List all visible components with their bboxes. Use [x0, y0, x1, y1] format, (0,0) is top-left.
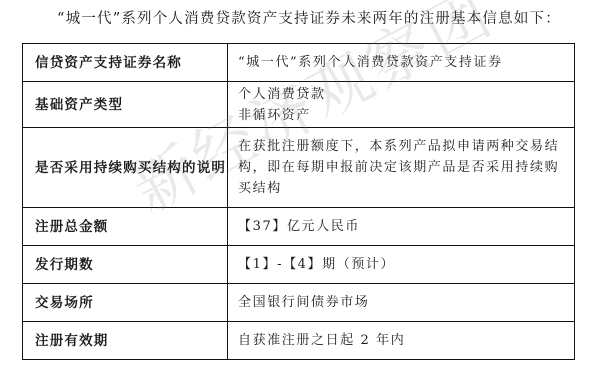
intro-paragraph: “城一代”系列个人消费贷款资产支持证券未来两年的注册基本信息如下： — [57, 9, 587, 29]
row-value-revolving-structure: 在获批注册额度下，本系列产品拟申请两种交易结构，即在每期申报前决定该期产品是否采… — [228, 128, 575, 208]
row-label-security-name: 信贷资产支持证券名称 — [23, 44, 228, 82]
value-line: 在获批注册额度下，本系列产品拟申请两种交易结构，即在每期申报前决定该期产品是否采… — [238, 136, 566, 199]
value-line: “城一代”系列个人消费贷款资产支持证券 — [238, 52, 566, 73]
value-line: 【37】亿元人民币 — [238, 216, 566, 237]
row-value-total-amount: 【37】亿元人民币 — [228, 208, 575, 246]
table-row: 注册总金额 【37】亿元人民币 — [23, 208, 575, 246]
value-line: 【1】-【4】期（预计） — [238, 254, 566, 275]
value-line: 自获准注册之日起 2 年内 — [238, 330, 566, 351]
row-label-issuance-count: 发行期数 — [23, 246, 228, 284]
row-value-trading-venue: 全国银行间债券市场 — [228, 284, 575, 322]
row-label-trading-venue: 交易场所 — [23, 284, 228, 322]
row-label-total-amount: 注册总金额 — [23, 208, 228, 246]
row-value-security-name: “城一代”系列个人消费贷款资产支持证券 — [228, 44, 575, 82]
row-label-asset-type: 基础资产类型 — [23, 82, 228, 128]
row-label-validity-period: 注册有效期 — [23, 322, 228, 360]
value-line: 个人消费贷款 — [238, 84, 566, 105]
row-value-asset-type: 个人消费贷款 非循环资产 — [228, 82, 575, 128]
table-row: 交易场所 全国银行间债券市场 — [23, 284, 575, 322]
row-value-validity-period: 自获准注册之日起 2 年内 — [228, 322, 575, 360]
row-value-issuance-count: 【1】-【4】期（预计） — [228, 246, 575, 284]
registration-info-table: 信贷资产支持证券名称 “城一代”系列个人消费贷款资产支持证券 基础资产类型 个人… — [22, 43, 575, 360]
table-row: 发行期数 【1】-【4】期（预计） — [23, 246, 575, 284]
table-row: 注册有效期 自获准注册之日起 2 年内 — [23, 322, 575, 360]
value-line: 全国银行间债券市场 — [238, 292, 566, 313]
table-row: 是否采用持续购买结构的说明 在获批注册额度下，本系列产品拟申请两种交易结构，即在… — [23, 128, 575, 208]
table-row: 基础资产类型 个人消费贷款 非循环资产 — [23, 82, 575, 128]
table-row: 信贷资产支持证券名称 “城一代”系列个人消费贷款资产支持证券 — [23, 44, 575, 82]
value-line: 非循环资产 — [238, 105, 566, 126]
row-label-revolving-structure: 是否采用持续购买结构的说明 — [23, 128, 228, 208]
